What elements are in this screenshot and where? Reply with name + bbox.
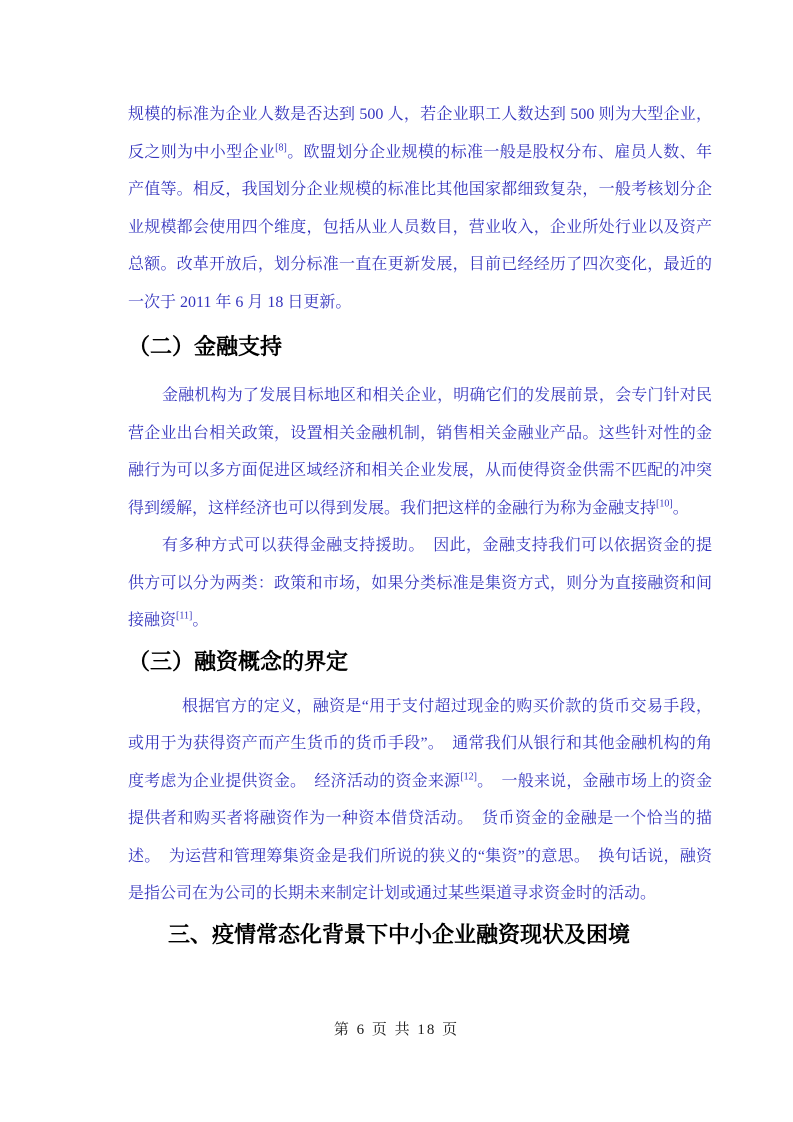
paragraph-run: 有多种方式可以获得金融支持援助。 因此，金融支持我们可以依据资金的提供方可以分为… <box>128 537 712 629</box>
paragraph-financing-definition: 根据官方的定义，融资是“用于支付超过现金的购买价款的货币交易手段，或用于为获得资… <box>128 688 712 913</box>
citation-ref-10: [10] <box>656 498 673 509</box>
paragraph-run: 。 <box>673 500 689 517</box>
page-footer: 第 6 页 共 18 页 <box>0 1018 793 1039</box>
citation-ref-11: [11] <box>176 611 192 622</box>
paragraph-run: 。 一般来说，金融市场上的资金提供者和购买者将融资作为一种资本借贷活动。 货币资… <box>128 773 712 903</box>
heading-financing-definition: （三）融资概念的界定 <box>128 646 712 678</box>
document-page: 规模的标准为企业人数是否达到 500 人，若企业职工人数达到 500 则为大型企… <box>0 0 793 1122</box>
document-body: 规模的标准为企业人数是否达到 500 人，若企业职工人数达到 500 则为大型企… <box>128 96 712 951</box>
paragraph-enterprise-scale: 规模的标准为企业人数是否达到 500 人，若企业职工人数达到 500 则为大型企… <box>128 96 712 321</box>
citation-ref-8: [8] <box>275 142 287 153</box>
paragraph-run: 。 <box>192 612 208 629</box>
paragraph-financial-support: 金融机构为了发展目标地区和相关企业，明确它们的发展前景，会专门针对民营企业出台相… <box>128 377 712 527</box>
paragraph-financial-support-types: 有多种方式可以获得金融支持援助。 因此，金融支持我们可以依据资金的提供方可以分为… <box>128 527 712 640</box>
heading-section-3: 三、疫情常态化背景下中小企业融资现状及困境 <box>168 919 712 951</box>
citation-ref-12: [12] <box>460 771 477 782</box>
heading-financial-support: （二）金融支持 <box>128 331 712 363</box>
paragraph-run: 金融机构为了发展目标地区和相关企业，明确它们的发展前景，会专门针对民营企业出台相… <box>128 387 712 517</box>
paragraph-run: 。欧盟划分企业规模的标准一般是股权分布、雇员人数、年产值等。相反，我国划分企业规… <box>128 144 712 311</box>
